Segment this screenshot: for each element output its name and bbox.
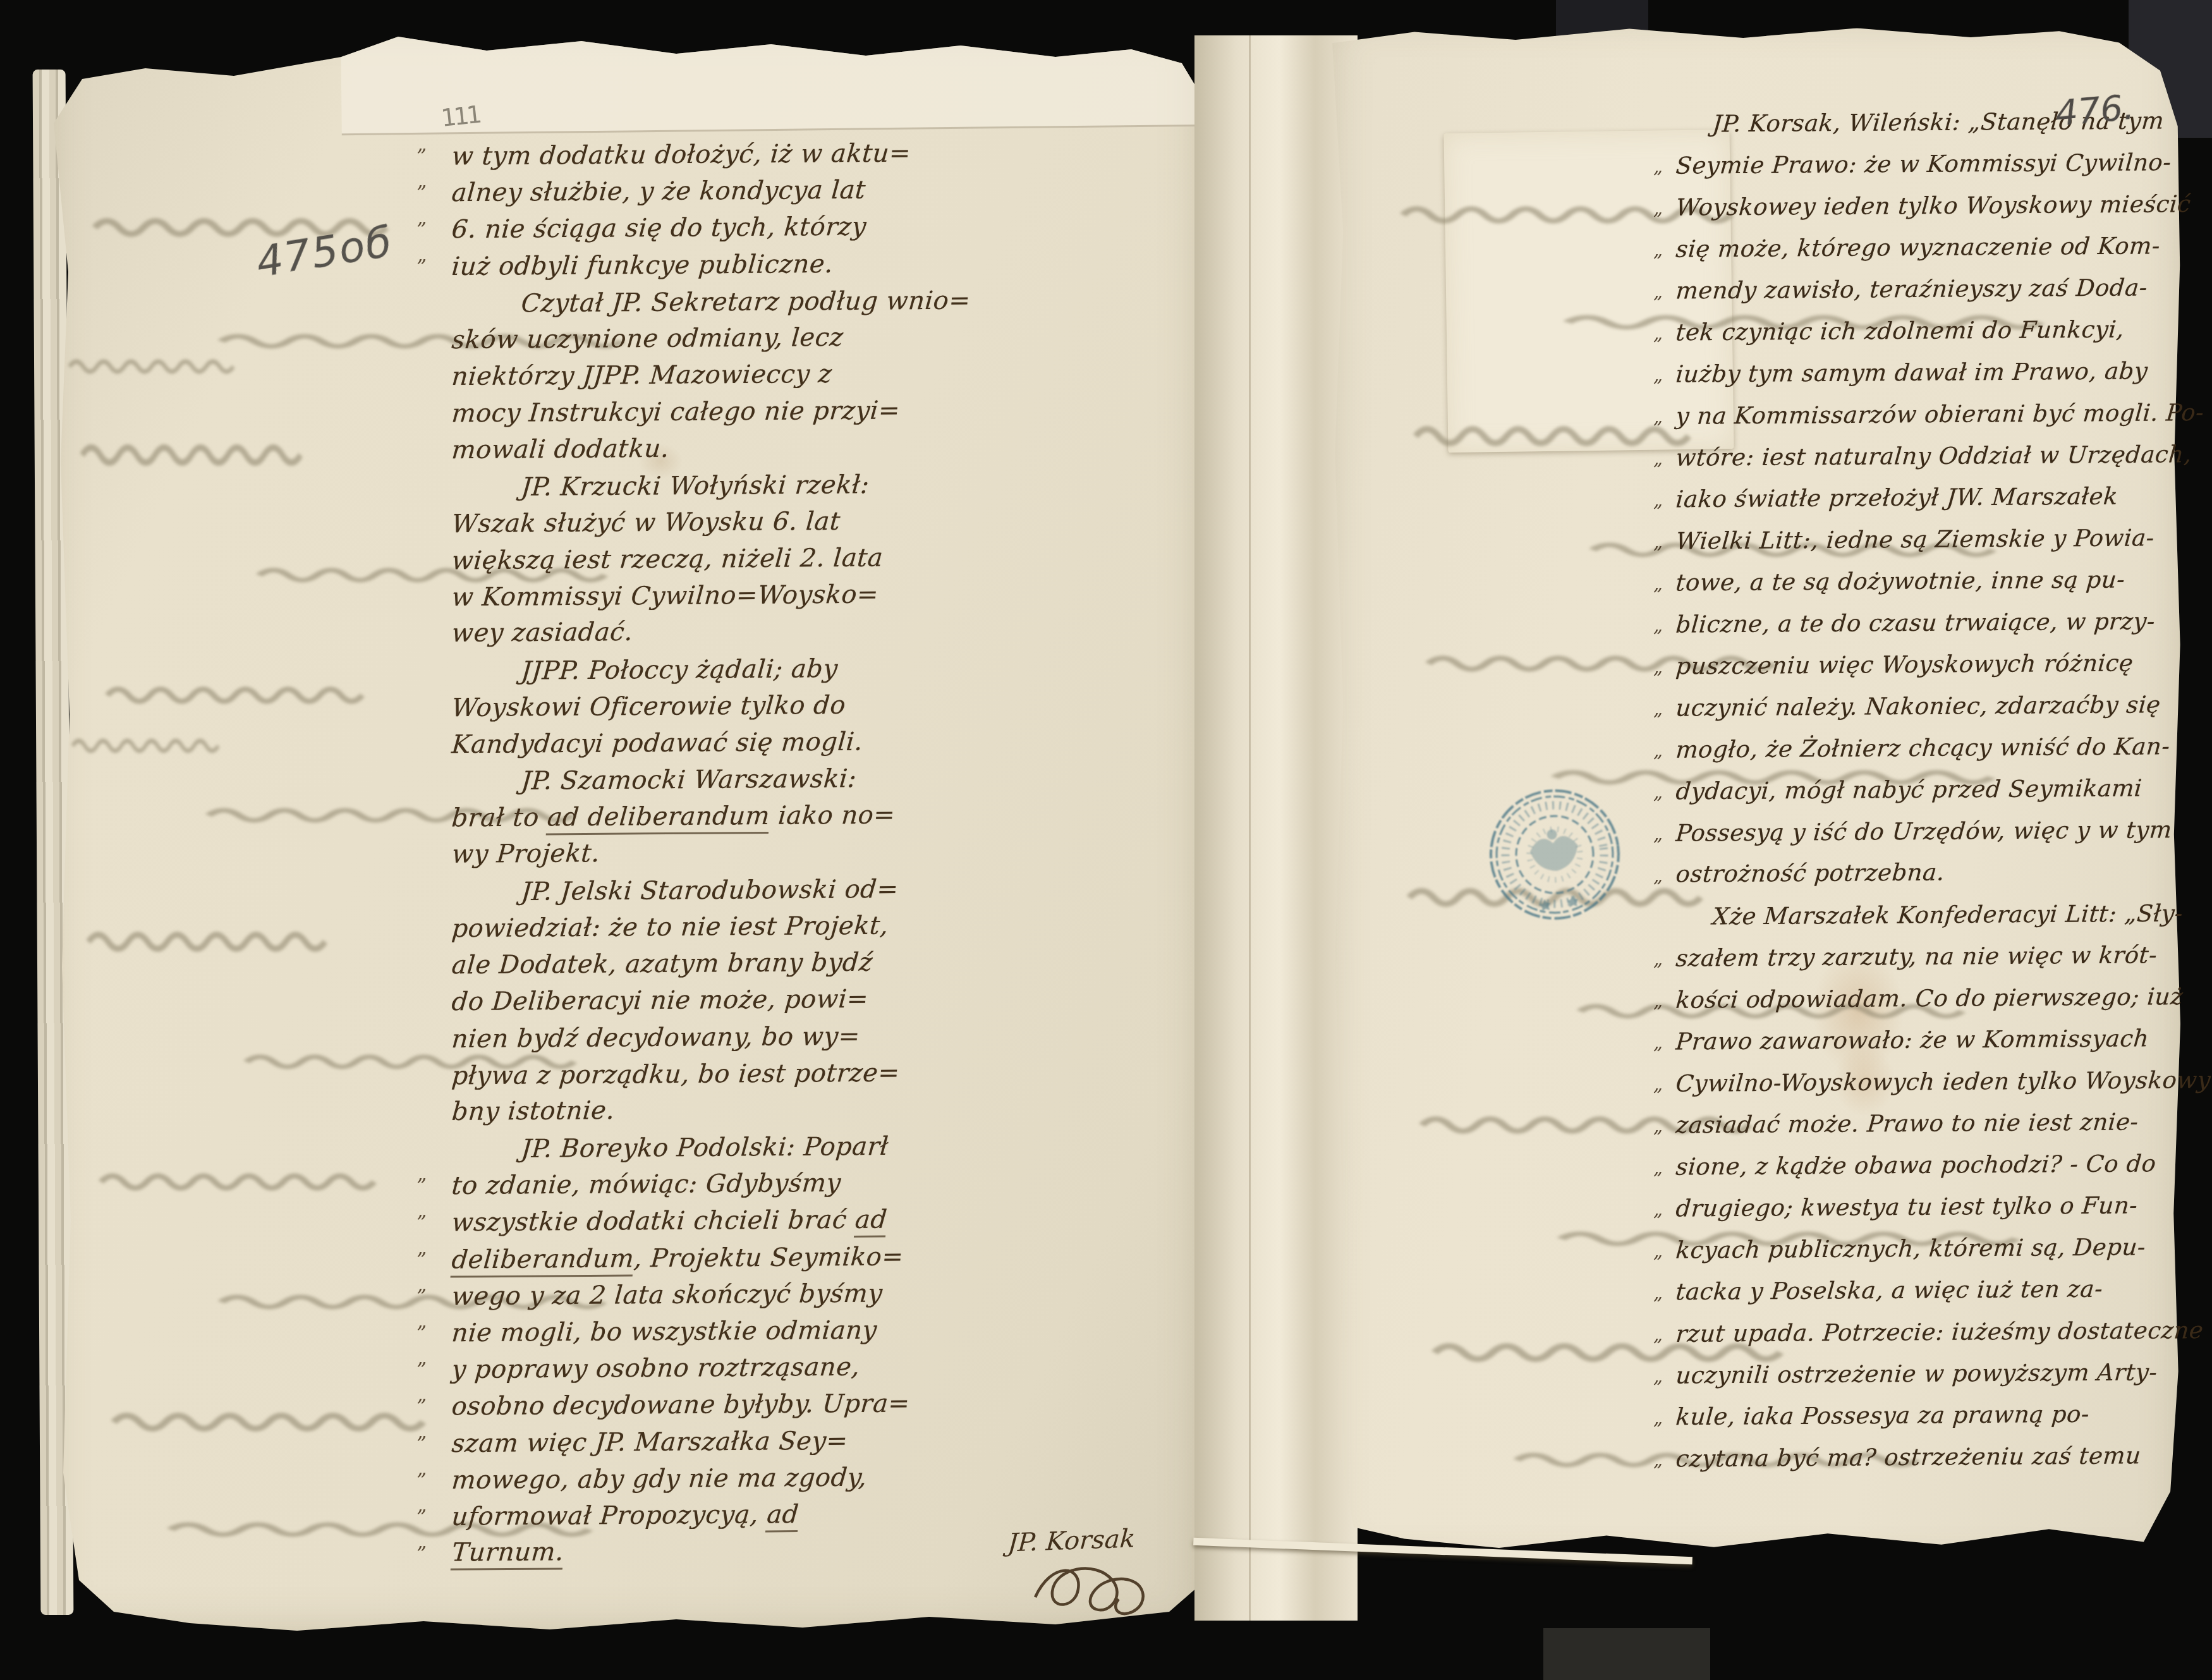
manuscript-line: „uczynili ostrzeżenie w powyższym Arty- bbox=[1676, 1360, 2163, 1402]
manuscript-line: „Prawo zawarowało: że w Kommissyach bbox=[1676, 1026, 2163, 1068]
margin-quote-mark: ” bbox=[416, 1175, 427, 1198]
margin-quote-mark: „ bbox=[1653, 948, 1663, 970]
margin-quote-mark: ” bbox=[416, 145, 427, 168]
manuscript-line: Xże Marszałek Konfederacyi Litt: „Sły- bbox=[1676, 901, 2163, 943]
manuscript-line: ”alney służbie, y że kondycya lat bbox=[452, 177, 1052, 214]
margin-quote-mark: ” bbox=[416, 1470, 427, 1492]
right-page-text: JP. Korsak, Wileński: „Stanęło na tym„Se… bbox=[1676, 109, 2163, 1485]
manuscript-line: „Possesyą y iść do Urzędów, więc y w tym bbox=[1676, 818, 2163, 860]
manuscript-line: „uczynić należy. Nakoniec, zdarzaćby się bbox=[1676, 693, 2163, 734]
margin-quote-mark: „ bbox=[1653, 531, 1663, 552]
manuscript-line: JP. Krzucki Wołyński rzekł: bbox=[452, 472, 1052, 508]
manuscript-line: „Woyskowey ieden tylko Woyskowy mieścić bbox=[1676, 192, 2163, 234]
manuscript-line: powiedział: że to nie iest Projekt, bbox=[452, 913, 1052, 949]
manuscript-line: „mogło, że Żołnierz chcący wniść do Kan- bbox=[1676, 734, 2163, 776]
margin-quote-mark: „ bbox=[1653, 823, 1663, 844]
manuscript-line: „wtóre: iest naturalny Oddział w Urzędac… bbox=[1676, 442, 2163, 484]
manuscript-line: „drugiego; kwestya tu iest tylko o Fun- bbox=[1676, 1193, 2163, 1235]
manuscript-line: „puszczeniu więc Woyskowych różnicę bbox=[1676, 651, 2163, 693]
margin-quote-mark: ” bbox=[416, 256, 427, 279]
margin-quote-mark: „ bbox=[1653, 1073, 1663, 1095]
manuscript-line: mocy Instrukcyi całego nie przyi= bbox=[452, 398, 1052, 434]
manuscript-line: JP. Jelski Starodubowski od= bbox=[452, 876, 1052, 913]
margin-quote-mark: „ bbox=[1653, 990, 1663, 1011]
manuscript-line: nien bydź decydowany, bo wy= bbox=[452, 1023, 1052, 1060]
margin-quote-mark: ” bbox=[416, 1322, 427, 1345]
manuscript-line: wy Projekt. bbox=[452, 839, 1052, 876]
margin-quote-mark: ” bbox=[416, 219, 427, 241]
manuscript-line: „tacka y Poselska, a więc iuż ten za- bbox=[1676, 1277, 2163, 1318]
manuscript-line: ”mowego, aby gdy nie ma zgody, bbox=[452, 1464, 1052, 1501]
manuscript-line: „iako światłe przełożył JW. Marszałek bbox=[1676, 484, 2163, 526]
manuscript-scan: ”w tym dodatku dołożyć, iż w aktu=”alney… bbox=[0, 0, 2212, 1680]
manuscript-line: ”nie mogli, bo wszystkie odmiany bbox=[452, 1317, 1052, 1354]
manuscript-line: do Deliberacyi nie może, powi= bbox=[452, 986, 1052, 1023]
margin-quote-mark: „ bbox=[1653, 740, 1663, 761]
manuscript-line: „zasiadać może. Prawo to nie iest znie- bbox=[1676, 1110, 2163, 1152]
margin-quote-mark: „ bbox=[1653, 1032, 1663, 1053]
margin-quote-mark: „ bbox=[1653, 447, 1663, 469]
margin-quote-mark: „ bbox=[1653, 1365, 1663, 1387]
margin-quote-mark: „ bbox=[1653, 1324, 1663, 1345]
margin-quote-mark: „ bbox=[1653, 865, 1663, 886]
margin-quote-mark: „ bbox=[1653, 656, 1663, 678]
manuscript-line: ”6. nie ściąga się do tych, którzy bbox=[452, 214, 1052, 250]
margin-quote-mark: „ bbox=[1653, 698, 1663, 719]
manuscript-line: ”to zdanie, mówiąc: Gdybyśmy bbox=[452, 1170, 1052, 1207]
margin-quote-mark: ” bbox=[416, 1543, 427, 1566]
manuscript-line: „szałem trzy zarzuty, na nie więc w krót… bbox=[1676, 943, 2163, 985]
manuscript-line: „rzut upada. Potrzecie: iużeśmy dostatec… bbox=[1676, 1318, 2163, 1360]
manuscript-line: „kości odpowiadam. Co do pierwszego; iuż bbox=[1676, 985, 2163, 1026]
margin-quote-mark: „ bbox=[1653, 1282, 1663, 1303]
margin-quote-mark: „ bbox=[1653, 322, 1663, 344]
signature-flourish bbox=[1030, 1550, 1201, 1632]
margin-quote-mark: ” bbox=[416, 1286, 427, 1308]
manuscript-line: niektórzy JJPP. Mazowieccy z bbox=[452, 361, 1052, 398]
margin-quote-mark: ” bbox=[416, 1506, 427, 1529]
manuscript-line: ”szam więc JP. Marszałka Sey= bbox=[452, 1428, 1052, 1464]
margin-quote-mark: „ bbox=[1653, 1240, 1663, 1262]
margin-quote-mark: ” bbox=[416, 1212, 427, 1234]
manuscript-line: „Seymie Prawo: że w Kommissyi Cywilno- bbox=[1676, 150, 2163, 192]
manuscript-line: JP. Boreyko Podolski: Poparł bbox=[452, 1133, 1052, 1170]
manuscript-line: Woyskowi Oficerowie tylko do bbox=[452, 692, 1052, 729]
manuscript-line: JP. Szamocki Warszawski: bbox=[452, 765, 1052, 802]
manuscript-line: ”wszystkie dodatki chcieli brać ad bbox=[452, 1207, 1052, 1243]
manuscript-line: „y na Kommissarzów obierani być mogli. P… bbox=[1676, 401, 2163, 442]
manuscript-line: większą iest rzeczą, niżeli 2. lata bbox=[452, 545, 1052, 581]
margin-quote-mark: „ bbox=[1653, 155, 1663, 177]
margin-quote-mark: „ bbox=[1653, 281, 1663, 302]
page-number: 476. bbox=[2053, 87, 2136, 135]
margin-quote-mark: „ bbox=[1653, 614, 1663, 636]
margin-quote-mark: „ bbox=[1653, 1198, 1663, 1220]
manuscript-line: JJPP. Połoccy żądali; aby bbox=[452, 655, 1052, 692]
manuscript-line: ”osobno decydowane byłyby. Upra= bbox=[452, 1391, 1052, 1427]
margin-quote-mark: ” bbox=[416, 182, 427, 205]
manuscript-line: Wszak służyć w Woysku 6. lat bbox=[452, 508, 1052, 545]
manuscript-line: sków uczynione odmiany, lecz bbox=[452, 324, 1052, 361]
manuscript-line: ”wego y za 2 lata skończyć byśmy bbox=[452, 1281, 1052, 1317]
manuscript-line: „kcyach publicznych, któremi są, Depu- bbox=[1676, 1235, 2163, 1277]
manuscript-line: „sione, z kądże obawa pochodzi? - Co do bbox=[1676, 1152, 2163, 1193]
manuscript-line: Kandydacyi podawać się mogli. bbox=[452, 729, 1052, 765]
manuscript-line: „się może, którego wyznaczenie od Kom- bbox=[1676, 234, 2163, 276]
manuscript-line: „towe, a te są dożywotnie, inne są pu- bbox=[1676, 568, 2163, 609]
manuscript-line: „Wielki Litt:, iedne są Ziemskie y Powia… bbox=[1676, 526, 2163, 568]
manuscript-line: ”uformował Propozycyą, ad bbox=[452, 1501, 1052, 1538]
manuscript-line: ”w tym dodatku dołożyć, iż w aktu= bbox=[452, 140, 1052, 177]
manuscript-line: „tek czyniąc ich zdolnemi do Funkcyi, bbox=[1676, 317, 2163, 359]
margin-quote-mark: „ bbox=[1653, 1115, 1663, 1136]
manuscript-line: „dydacyi, mógł nabyć przed Seymikami bbox=[1676, 776, 2163, 818]
manuscript-line: Czytał JP. Sekretarz podług wnio= bbox=[452, 288, 1052, 324]
folio-mark: 111 bbox=[440, 100, 481, 132]
manuscript-line: wey zasiadać. bbox=[452, 618, 1052, 655]
margin-quote-mark: ” bbox=[416, 1249, 427, 1272]
scanner-cradle-block-bottom bbox=[1543, 1628, 1710, 1680]
manuscript-line: „czytana być ma? ostrzeżeniu zaś temu bbox=[1676, 1444, 2163, 1485]
manuscript-line: brał to ad deliberandum iako no= bbox=[452, 802, 1052, 839]
margin-quote-mark: „ bbox=[1653, 573, 1663, 594]
manuscript-line: „Cywilno-Woyskowych ieden tylko Woyskowy bbox=[1676, 1068, 2163, 1110]
left-page-text: ”w tym dodatku dołożyć, iż w aktu=”alney… bbox=[452, 140, 1052, 1574]
manuscript-line: ale Dodatek, azatym brany bydź bbox=[452, 949, 1052, 986]
manuscript-line: pływa z porządku, bo iest potrze= bbox=[452, 1060, 1052, 1097]
manuscript-line: w Kommissyi Cywilno=Woysko= bbox=[452, 581, 1052, 618]
manuscript-line: „kule, iaka Possesya za prawną po- bbox=[1676, 1402, 2163, 1444]
margin-quote-mark: „ bbox=[1653, 781, 1663, 803]
margin-quote-mark: „ bbox=[1653, 364, 1663, 386]
margin-quote-mark: „ bbox=[1653, 197, 1663, 219]
margin-quote-mark: „ bbox=[1653, 1449, 1663, 1470]
manuscript-line: mowali dodatku. bbox=[452, 435, 1052, 472]
manuscript-line: ”iuż odbyli funkcye publiczne. bbox=[452, 251, 1052, 288]
margin-quote-mark: „ bbox=[1653, 1407, 1663, 1428]
manuscript-line: ”y poprawy osobno roztrząsane, bbox=[452, 1354, 1052, 1391]
margin-quote-mark: ” bbox=[416, 1396, 427, 1418]
archive-stamp bbox=[1478, 777, 1632, 932]
manuscript-line: „mendy zawisło, teraźnieyszy zaś Doda- bbox=[1676, 276, 2163, 317]
margin-quote-mark: ” bbox=[416, 1433, 427, 1456]
manuscript-line: „ostrożność potrzebna. bbox=[1676, 860, 2163, 901]
manuscript-line: „bliczne, a te do czasu trwaiące, w przy… bbox=[1676, 609, 2163, 651]
margin-quote-mark: „ bbox=[1653, 239, 1663, 260]
manuscript-line: ”Turnum.JP. Korsak bbox=[452, 1538, 1052, 1574]
manuscript-line: „iużby tym samym dawał im Prawo, aby bbox=[1676, 359, 2163, 401]
manuscript-line: ”deliberandum, Projektu Seymiko= bbox=[452, 1244, 1052, 1281]
manuscript-line: bny istotnie. bbox=[452, 1097, 1052, 1133]
margin-quote-mark: „ bbox=[1653, 489, 1663, 511]
margin-quote-mark: „ bbox=[1653, 1157, 1663, 1178]
margin-quote-mark: ” bbox=[416, 1359, 427, 1382]
margin-quote-mark: „ bbox=[1653, 406, 1663, 427]
